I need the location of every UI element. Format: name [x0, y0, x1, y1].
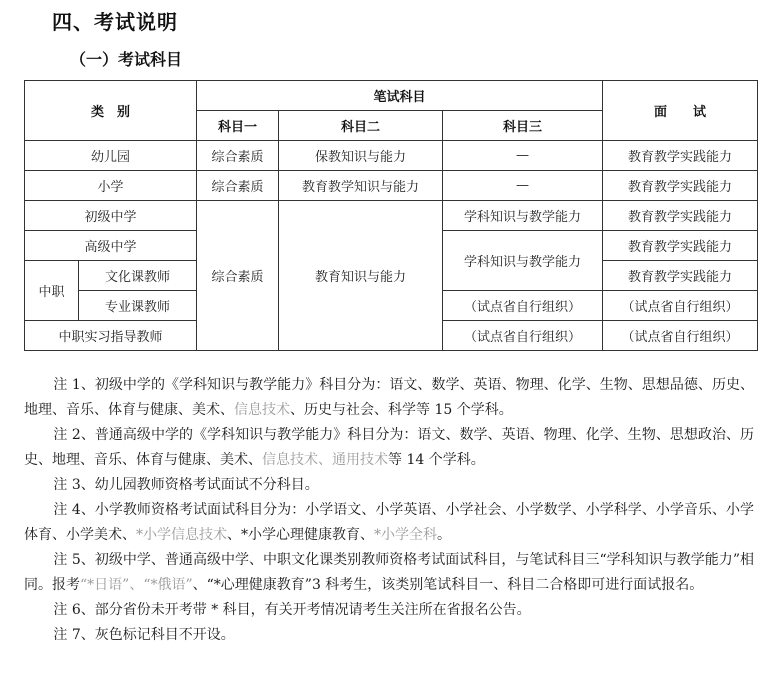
disabled-subject: 信息技术 [234, 402, 290, 418]
cell-s3: （试点省自行组织） [443, 321, 603, 351]
cell-interview: 教育教学实践能力 [603, 231, 758, 261]
cell-category: 幼儿园 [25, 141, 197, 171]
cell-s1: 综合素质 [197, 171, 279, 201]
cell-s3: — [443, 141, 603, 171]
cell-interview: 教育教学实践能力 [603, 171, 758, 201]
cell-category: 专业课教师 [79, 291, 197, 321]
disabled-subject: “*日语”、“*俄语” [80, 577, 193, 593]
note-3: 注 3、幼儿园教师资格考试面试不分科目。 [24, 473, 754, 498]
cell-category: 中职实习指导教师 [25, 321, 197, 351]
note-text: 、历史与社会、科学等 15 个学科。 [290, 402, 513, 418]
note-text: 、“*心理健康教育”3 科考生，该类别笔试科目一、科目二合格即可进行面试报名。 [193, 577, 704, 593]
cell-s2-merged: 教育知识与能力 [279, 201, 443, 351]
disabled-subject: *小学全科 [374, 527, 437, 543]
cell-s1: 综合素质 [197, 141, 279, 171]
cell-category: 文化课教师 [79, 261, 197, 291]
table-row: 小学 综合素质 教育教学知识与能力 — 教育教学实践能力 [25, 171, 758, 201]
note-4: 注 4、小学教师资格考试面试科目分为：小学语文、小学英语、小学社会、小学数学、小… [24, 498, 754, 548]
header-interview: 面 试 [603, 81, 758, 141]
header-subject2: 科目二 [279, 111, 443, 141]
cell-category: 小学 [25, 171, 197, 201]
note-7: 注 7、灰色标记科目不开设。 [24, 623, 754, 648]
disabled-subject: *小学信息技术 [136, 527, 227, 543]
disabled-subject: 信息技术、通用技术 [262, 452, 388, 468]
note-6: 注 6、部分省份未开考带 * 科目，有关开考情况请考生关注所在省报名公告。 [24, 598, 754, 623]
header-subject3: 科目三 [443, 111, 603, 141]
note-text: 等 14 个学科。 [388, 452, 485, 468]
header-category: 类 别 [25, 81, 197, 141]
table-row: 初级中学 综合素质 教育知识与能力 学科知识与教学能力 教育教学实践能力 [25, 201, 758, 231]
note-text: 。 [437, 527, 451, 543]
note-text: 、*小学心理健康教育、 [227, 527, 374, 543]
cell-s3-merged: 学科知识与教学能力 [443, 231, 603, 291]
cell-s2: 教育教学知识与能力 [279, 171, 443, 201]
section-heading: 四、考试说明 [52, 6, 178, 35]
cell-s3: （试点省自行组织） [443, 291, 603, 321]
cell-s1-merged: 综合素质 [197, 201, 279, 351]
cell-interview: （试点省自行组织） [603, 321, 758, 351]
exam-subjects-table: 类 别 笔试科目 面 试 科目一 科目二 科目三 幼儿园 综合素质 保教知识与能… [24, 80, 758, 351]
notes-section: 注 1、初级中学的《学科知识与教学能力》科目分为：语文、数学、英语、物理、化学、… [24, 373, 754, 648]
cell-s3: 学科知识与教学能力 [443, 201, 603, 231]
note-5: 注 5、初级中学、普通高级中学、中职文化课类别教师资格考试面试科目，与笔试科目三… [24, 548, 754, 598]
header-subject1: 科目一 [197, 111, 279, 141]
header-written: 笔试科目 [197, 81, 603, 111]
note-2: 注 2、普通高级中学的《学科知识与教学能力》科目分为：语文、数学、英语、物理、化… [24, 423, 754, 473]
cell-category: 高级中学 [25, 231, 197, 261]
note-1: 注 1、初级中学的《学科知识与教学能力》科目分为：语文、数学、英语、物理、化学、… [24, 373, 754, 423]
cell-category-vocational: 中职 [25, 261, 79, 321]
subsection-heading: （一）考试科目 [70, 47, 182, 70]
cell-s3: — [443, 171, 603, 201]
cell-interview: （试点省自行组织） [603, 291, 758, 321]
cell-interview: 教育教学实践能力 [603, 141, 758, 171]
table-row: 幼儿园 综合素质 保教知识与能力 — 教育教学实践能力 [25, 141, 758, 171]
cell-interview: 教育教学实践能力 [603, 201, 758, 231]
cell-interview: 教育教学实践能力 [603, 261, 758, 291]
cell-s2: 保教知识与能力 [279, 141, 443, 171]
cell-category: 初级中学 [25, 201, 197, 231]
